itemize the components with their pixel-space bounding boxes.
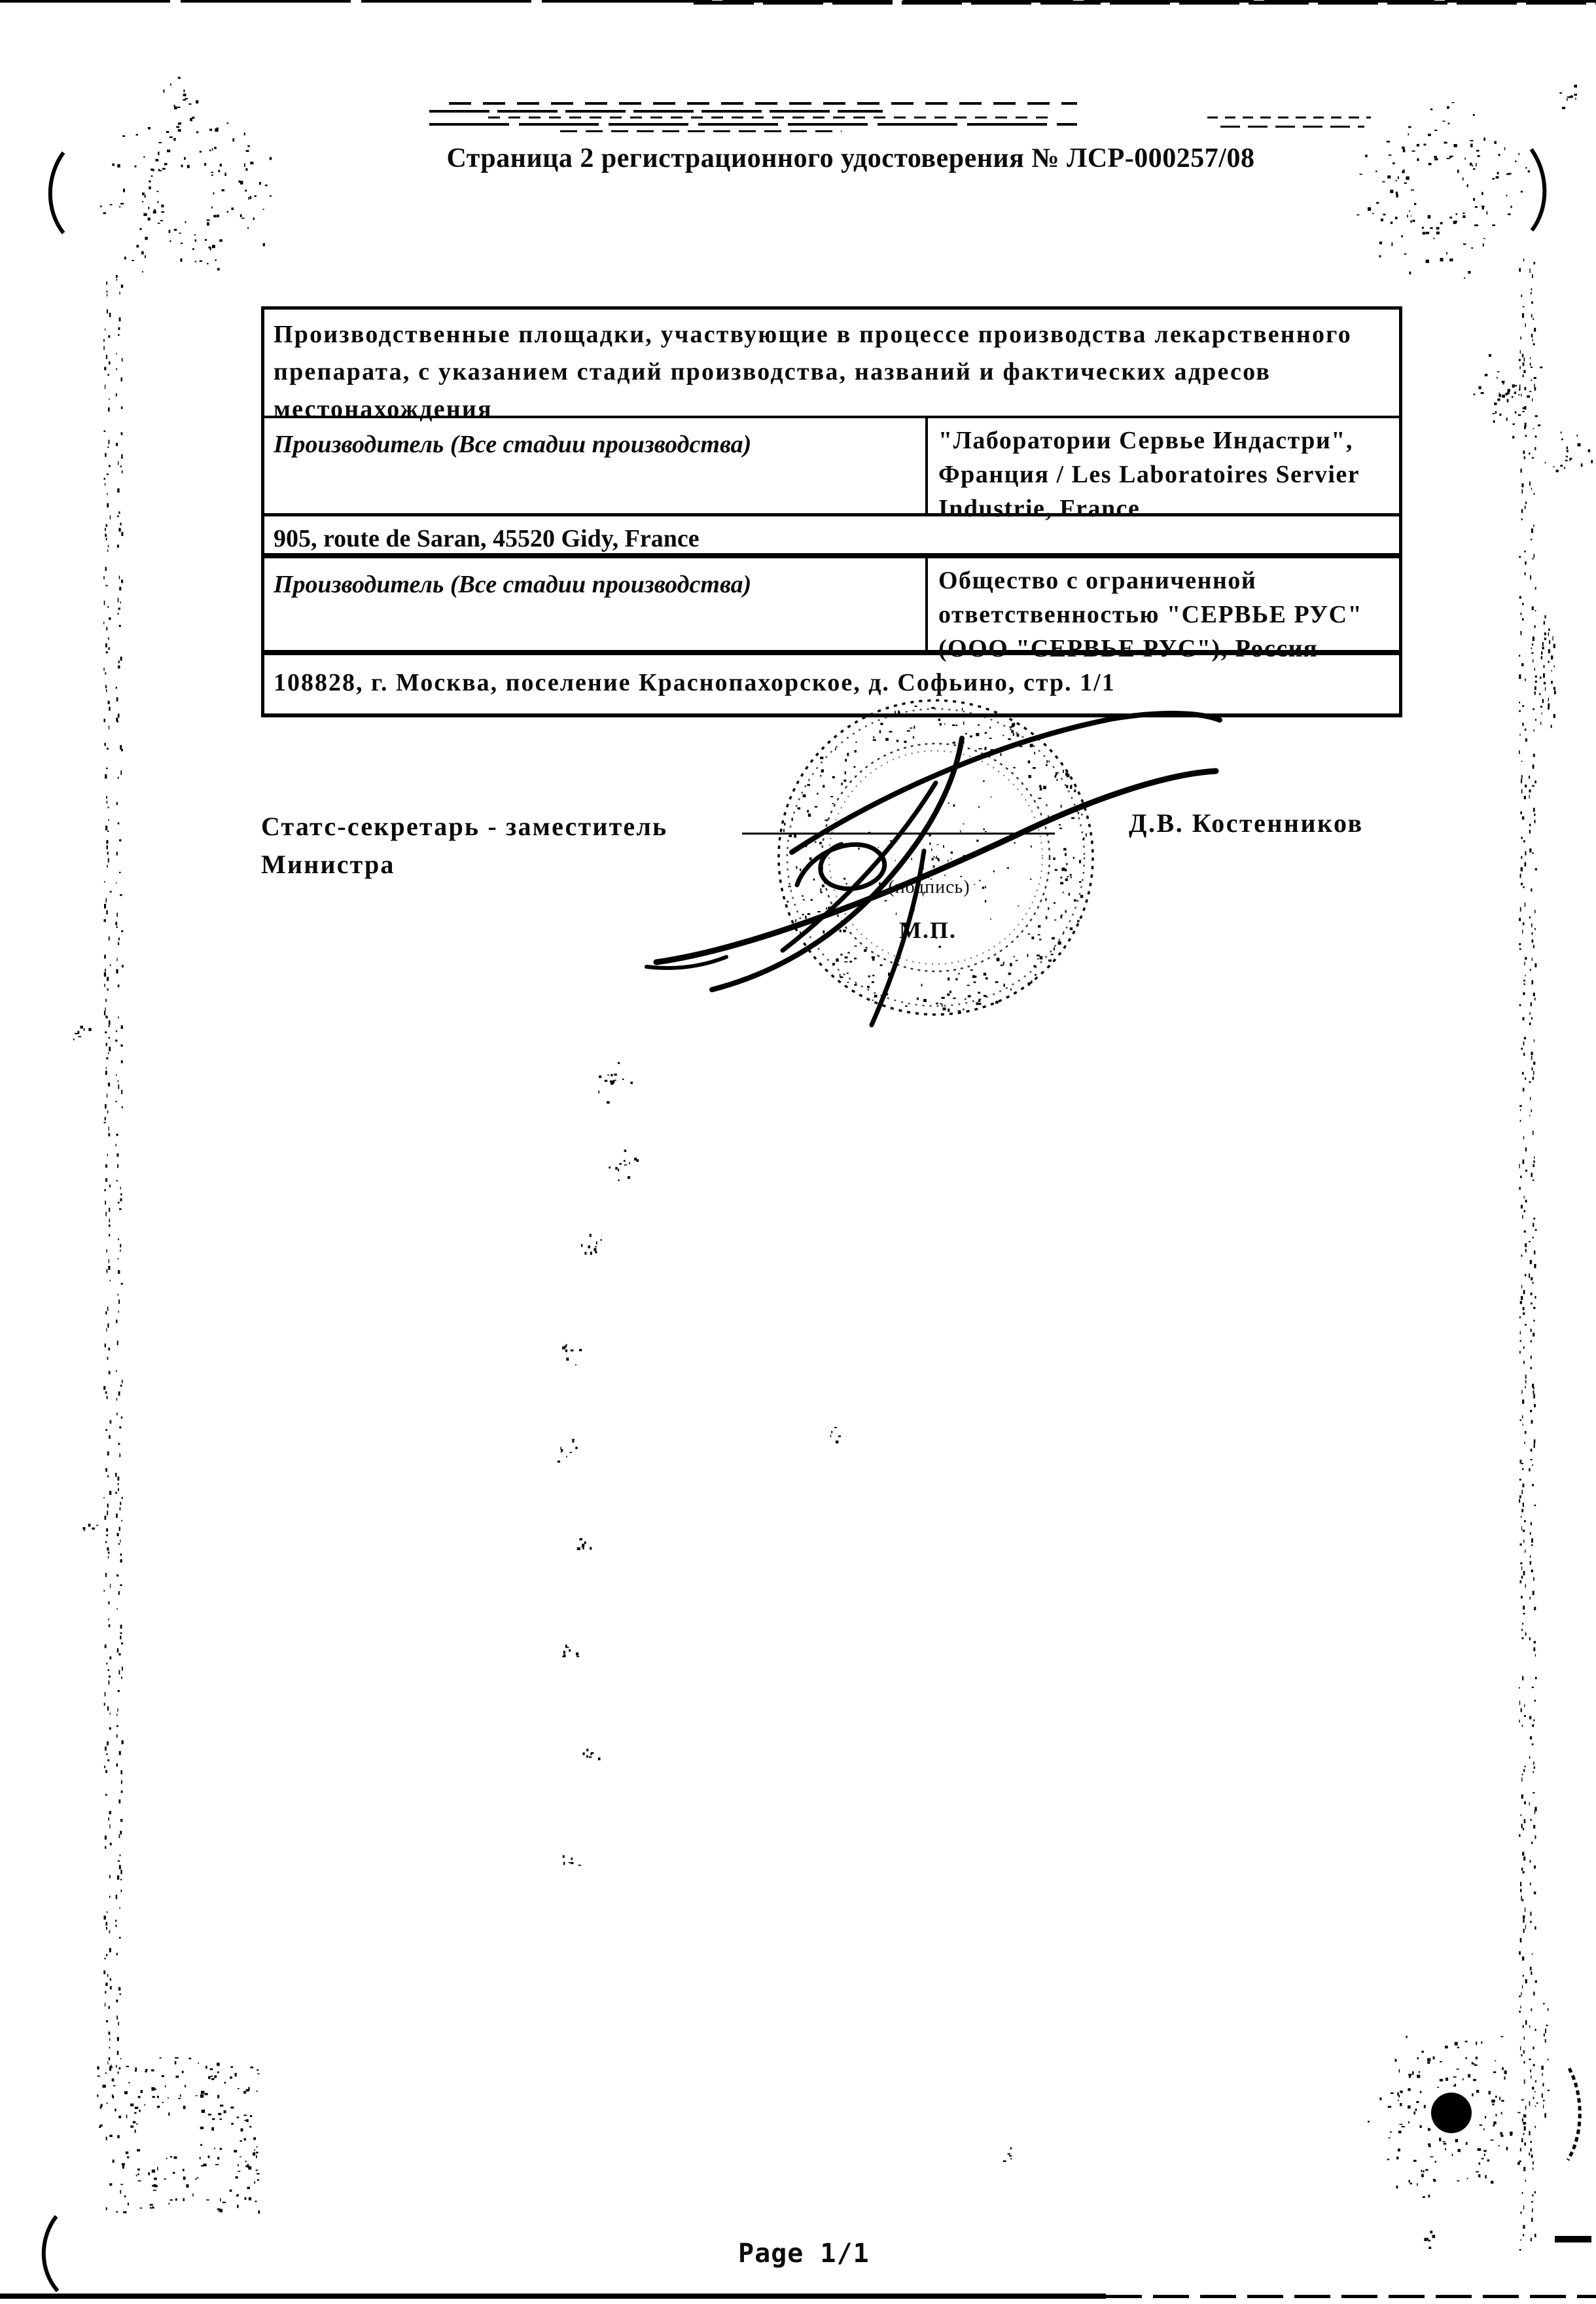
bottom-edge-scan-line-2 [1106,2295,1596,2298]
footer-page-number: Page 1/1 [738,2239,870,2269]
table-row: Производитель (Все стадии производства) … [264,558,1399,655]
address-cell-2: 108828, г. Москва, поселение Краснопахор… [264,655,1399,700]
manufacturer-label-cell-1: Производитель (Все стадии производства) [264,418,925,513]
signature-scrawl [647,713,1220,1025]
scan-noise-band-top [429,102,1077,136]
manufacturer-value-cell-1: "Лаборатории Сервье Индастри", Франция /… [925,418,1399,513]
address-cell-1: 905, route de Saran, 45520 Gidy, France [264,516,1399,556]
table-header-row: Производственные площадки, участвующие в… [264,310,1399,418]
bottom-right-dash-mark [1555,2236,1591,2242]
table-row: 108828, г. Москва, поселение Краснопахор… [264,655,1399,713]
page-title: Страница 2 регистрационного удостоверени… [366,143,1335,174]
top-edge-scan-line-2 [694,1,1596,5]
table-row: 905, route de Saran, 45520 Gidy, France [264,516,1399,558]
scanned-certificate-page: Страница 2 регистрационного удостоверени… [0,0,1596,2304]
signatory-name: Д.В. Костенников [1129,808,1364,838]
scan-noise-band-top-right [1207,117,1371,139]
bottom-right-ink-dot [1431,2093,1472,2133]
table-header-cell: Производственные площадки, участвующие в… [264,310,1399,428]
table-row: Производитель (Все стадии производства) … [264,418,1399,516]
round-stamp [779,700,1093,1015]
signature-caption: (подпись) [864,877,995,898]
signatory-role: Статс-секретарь - заместитель Министра [261,808,732,884]
bottom-edge-scan-line [0,2294,1106,2299]
production-sites-table: Производственные площадки, участвующие в… [261,306,1402,717]
signature-line [742,833,1055,835]
seal-place-mark: М.П. [876,916,980,944]
manufacturer-value-cell-2: Общество с ограниченной ответственностью… [925,558,1399,650]
manufacturer-label-cell-2: Производитель (Все стадии производства) [264,558,925,650]
